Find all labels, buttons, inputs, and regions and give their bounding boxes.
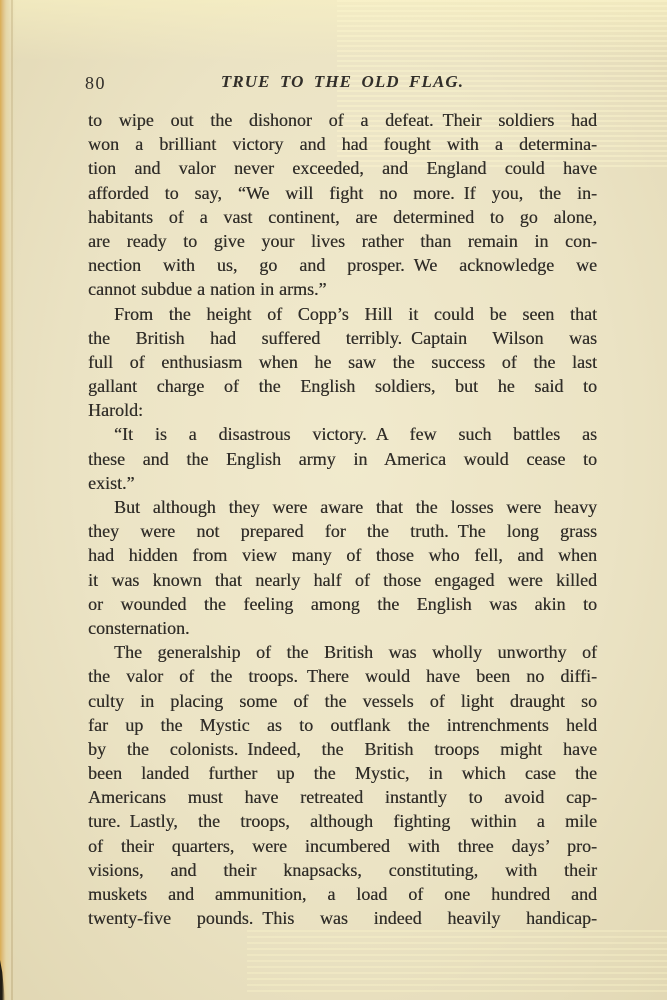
- text-line: Harold:: [88, 398, 597, 422]
- text-line: nection with us, go and prosper. We ackn…: [88, 253, 597, 277]
- text-line: been landed further up the Mystic, in wh…: [88, 761, 597, 785]
- scan-streaks-bottom: [247, 930, 667, 992]
- page-header: 80 TRUE TO THE OLD FLAG.: [88, 72, 597, 94]
- text-line: full of enthusiasm when he saw the succe…: [88, 350, 597, 374]
- text-line: to wipe out the dishonor of a defeat. Th…: [88, 108, 597, 132]
- text-line: exist.”: [88, 471, 597, 495]
- text-line: Americans must have retreated instantly …: [88, 785, 597, 809]
- text-line: or wounded the feeling among the English…: [88, 592, 597, 616]
- page-edge-crease: [11, 0, 13, 1000]
- text-line: tion and valor never exceeded, and Engla…: [88, 156, 597, 180]
- text-line: the British had suffered terribly. Capta…: [88, 326, 597, 350]
- text-line: of their quarters, were incumbered with …: [88, 834, 597, 858]
- text-line: cannot subdue a nation in arms.”: [88, 277, 597, 301]
- running-title: TRUE TO THE OLD FLAG.: [88, 72, 597, 92]
- text-lines: to wipe out the dishonor of a defeat. Th…: [88, 108, 597, 930]
- text-line: far up the Mystic as to outflank the int…: [88, 713, 597, 737]
- text-line: gallant charge of the English soldiers, …: [88, 374, 597, 398]
- text-line: consternation.: [88, 616, 597, 640]
- text-line: visions, and their knapsacks, constituti…: [88, 858, 597, 882]
- text-line: afforded to say, “We will fight no more.…: [88, 181, 597, 205]
- text-line: won a brilliant victory and had fought w…: [88, 132, 597, 156]
- text-line: they were not prepared for the truth. Th…: [88, 519, 597, 543]
- text-line: the valor of the troops. There would hav…: [88, 664, 597, 688]
- text-line: From the height of Copp’s Hill it could …: [88, 302, 597, 326]
- scan-corner-artifact: [0, 960, 5, 1000]
- text-line: are ready to give your lives rather than…: [88, 229, 597, 253]
- text-line: ture. Lastly, the troops, although fight…: [88, 809, 597, 833]
- page-binding-edge: [0, 0, 16, 1000]
- page-number: 80: [85, 73, 106, 94]
- text-line: The generalship of the British was wholl…: [88, 640, 597, 664]
- text-line: “It is a disastrous victory. A few such …: [88, 422, 597, 446]
- text-line: these and the English army in America wo…: [88, 447, 597, 471]
- text-line: But although they were aware that the lo…: [88, 495, 597, 519]
- text-line: it was known that nearly half of those e…: [88, 568, 597, 592]
- page-content: 80 TRUE TO THE OLD FLAG. to wipe out the…: [88, 0, 597, 930]
- text-line: culty in placing some of the vessels of …: [88, 689, 597, 713]
- text-line: by the colonists. Indeed, the British tr…: [88, 737, 597, 761]
- book-page-scan: 80 TRUE TO THE OLD FLAG. to wipe out the…: [0, 0, 667, 1000]
- text-line: habitants of a vast continent, are deter…: [88, 205, 597, 229]
- text-line: muskets and ammunition, a load of one hu…: [88, 882, 597, 906]
- text-line: had hidden from view many of those who f…: [88, 543, 597, 567]
- text-line: twenty-five pounds. This was indeed heav…: [88, 906, 597, 930]
